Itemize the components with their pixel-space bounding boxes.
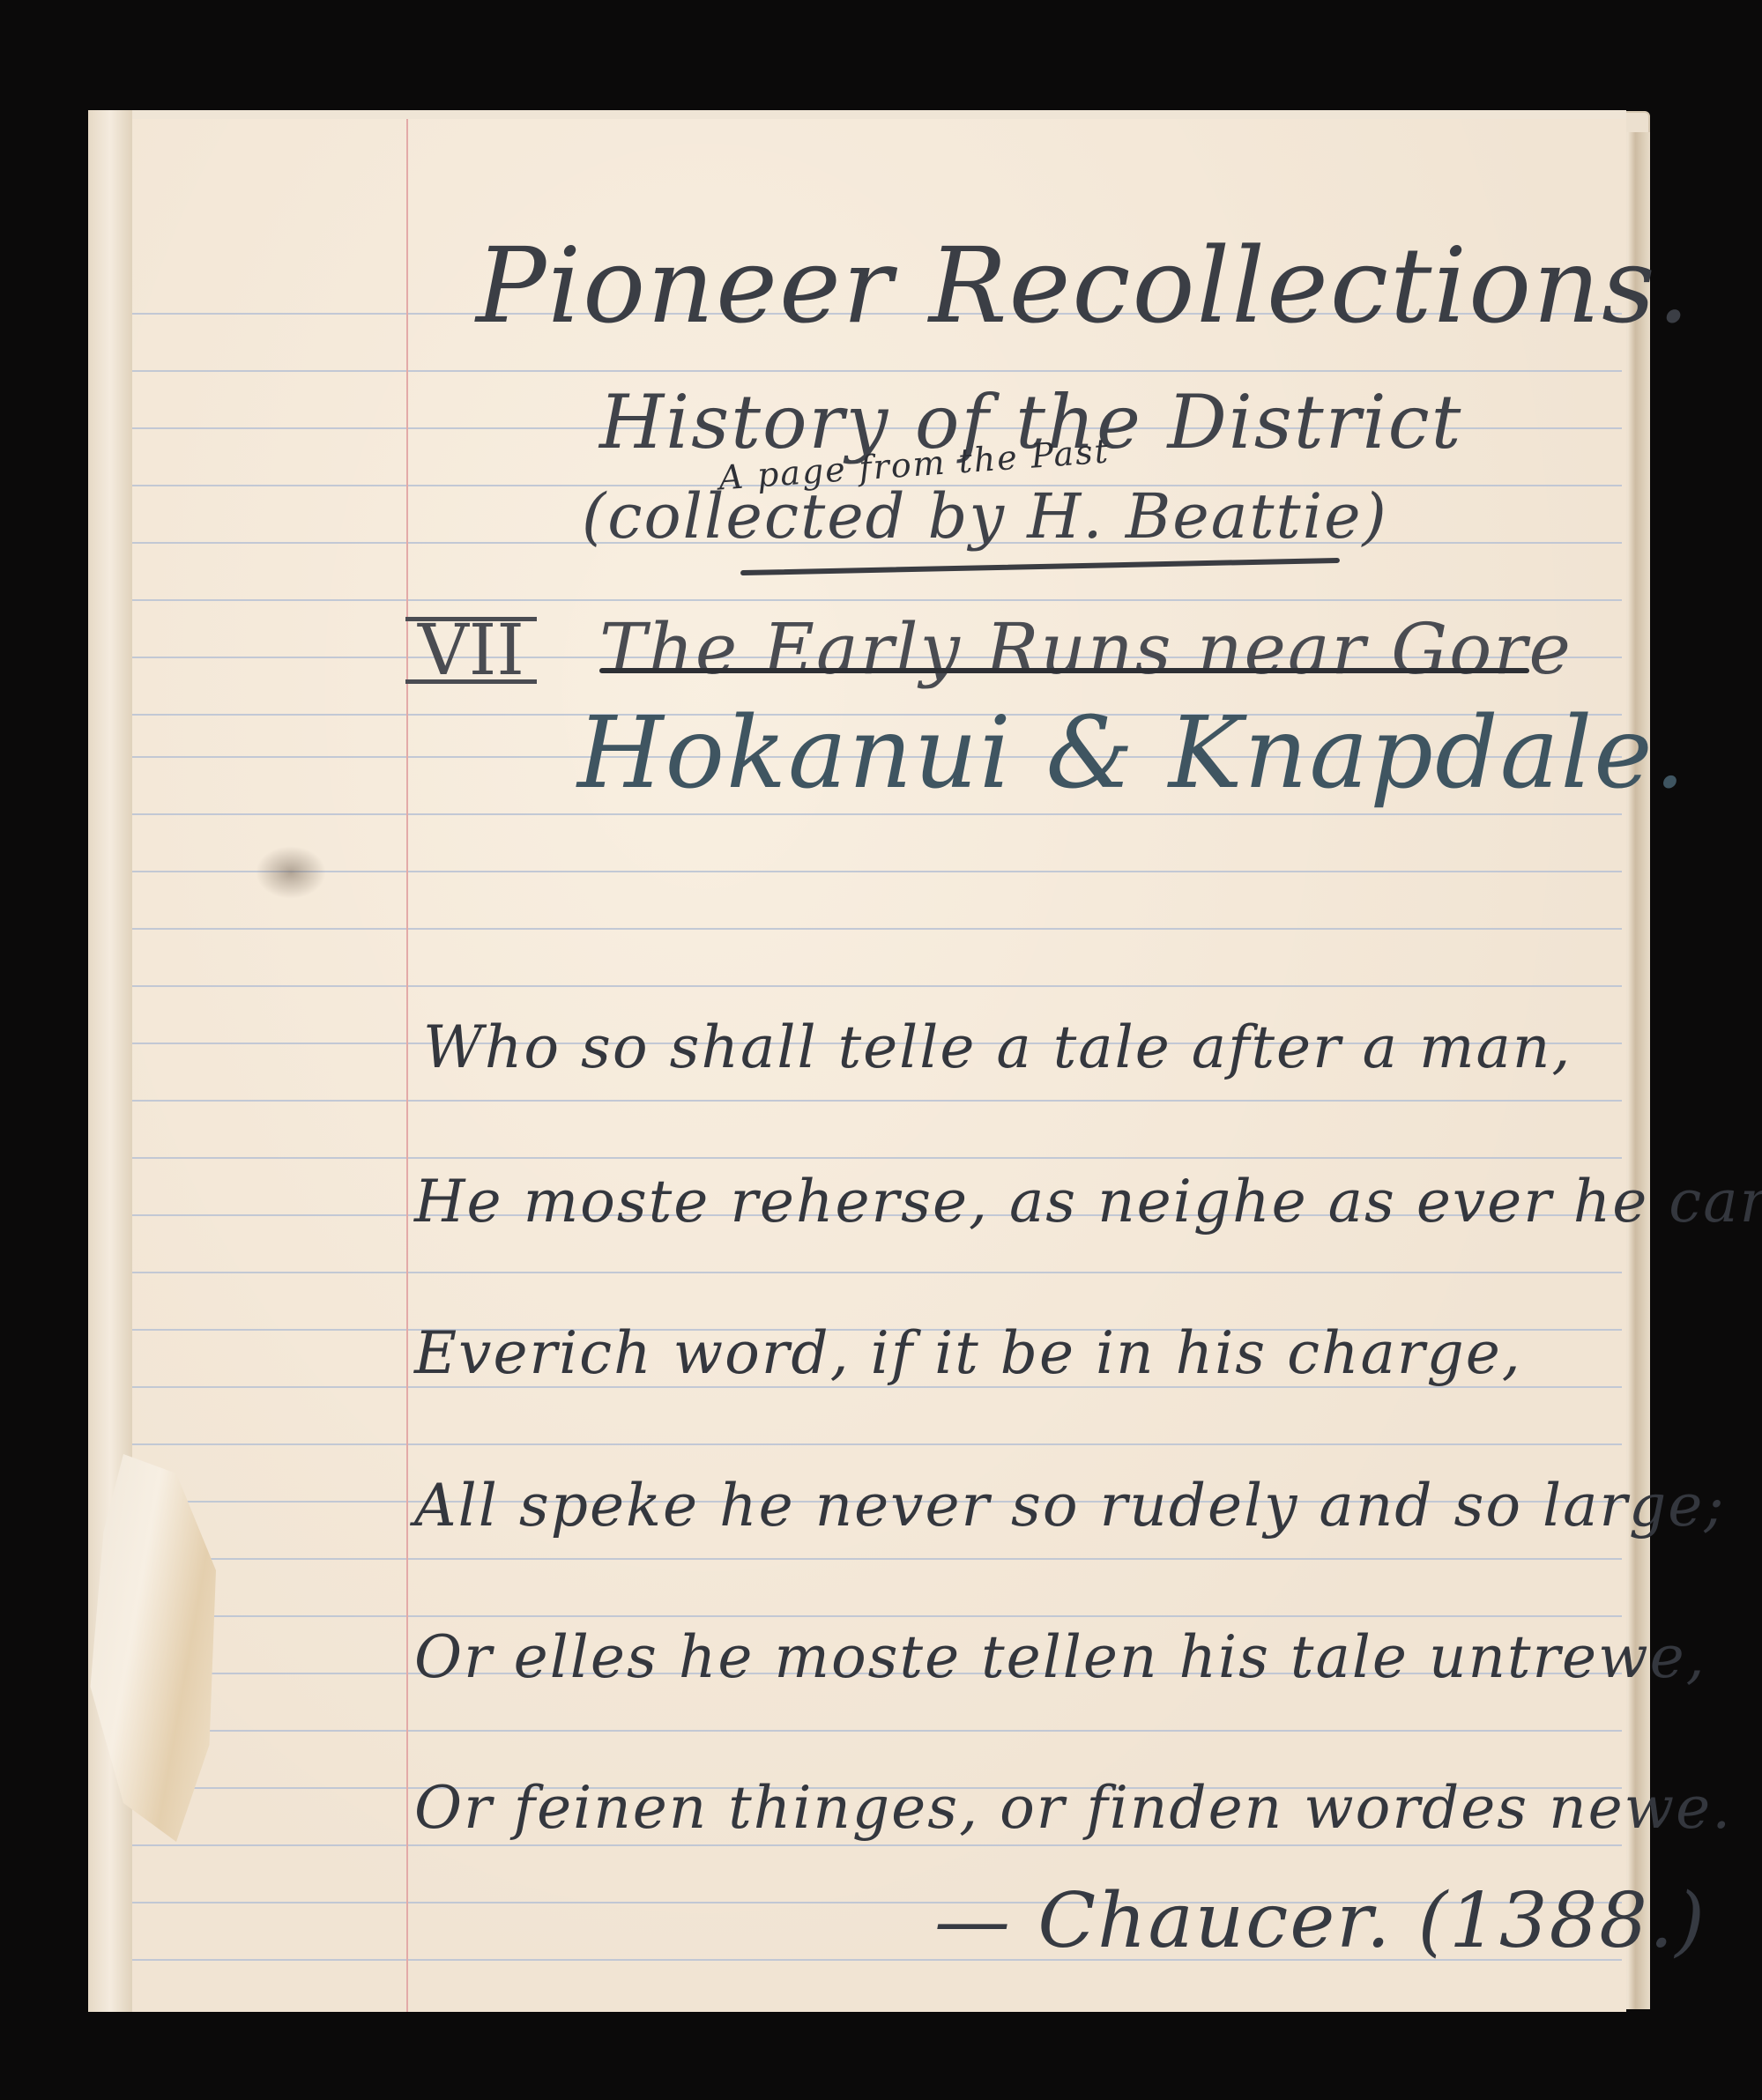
rule-line	[132, 1844, 1622, 1846]
rule-line	[132, 1615, 1622, 1617]
rule-line	[132, 1157, 1622, 1159]
rule-line	[132, 1100, 1622, 1102]
verse-line: Who so shall telle a tale after a man,	[423, 1013, 1572, 1081]
verse-line: Or feinen thinges, or finden wordes newe…	[414, 1774, 1732, 1842]
chapter-heading: Hokanui & Knapdale.	[577, 696, 1687, 811]
rule-line	[132, 871, 1622, 872]
rule-line	[132, 1443, 1622, 1445]
verse-line: Or elles he moste tellen his tale untrew…	[414, 1623, 1706, 1691]
struck-heading: The Early Runs near Gore	[599, 608, 1572, 690]
strikethrough-line	[599, 668, 1529, 673]
chapter-numeral: VII	[405, 617, 537, 684]
page-title: Pioneer Recollections.	[476, 225, 1691, 346]
verse-line: He moste reherse, as neighe as ever he c…	[414, 1168, 1762, 1236]
verse-line: All speke he never so rudely and so larg…	[414, 1472, 1726, 1540]
collector-credit: (collected by H. Beattie)	[582, 480, 1388, 553]
verse-line: Everich word, if it be in his charge,	[414, 1319, 1522, 1387]
rule-line	[132, 599, 1622, 601]
rule-line	[132, 928, 1622, 930]
rule-line	[132, 1558, 1622, 1560]
rule-line	[132, 985, 1622, 987]
margin-rule	[406, 119, 408, 2012]
rule-line	[132, 370, 1622, 372]
fingerprint-smudge	[256, 846, 326, 899]
rule-line	[132, 1730, 1622, 1732]
rule-line	[132, 1272, 1622, 1273]
rule-line	[132, 813, 1622, 815]
attribution: — Chaucer. (1388.)	[934, 1877, 1706, 1965]
